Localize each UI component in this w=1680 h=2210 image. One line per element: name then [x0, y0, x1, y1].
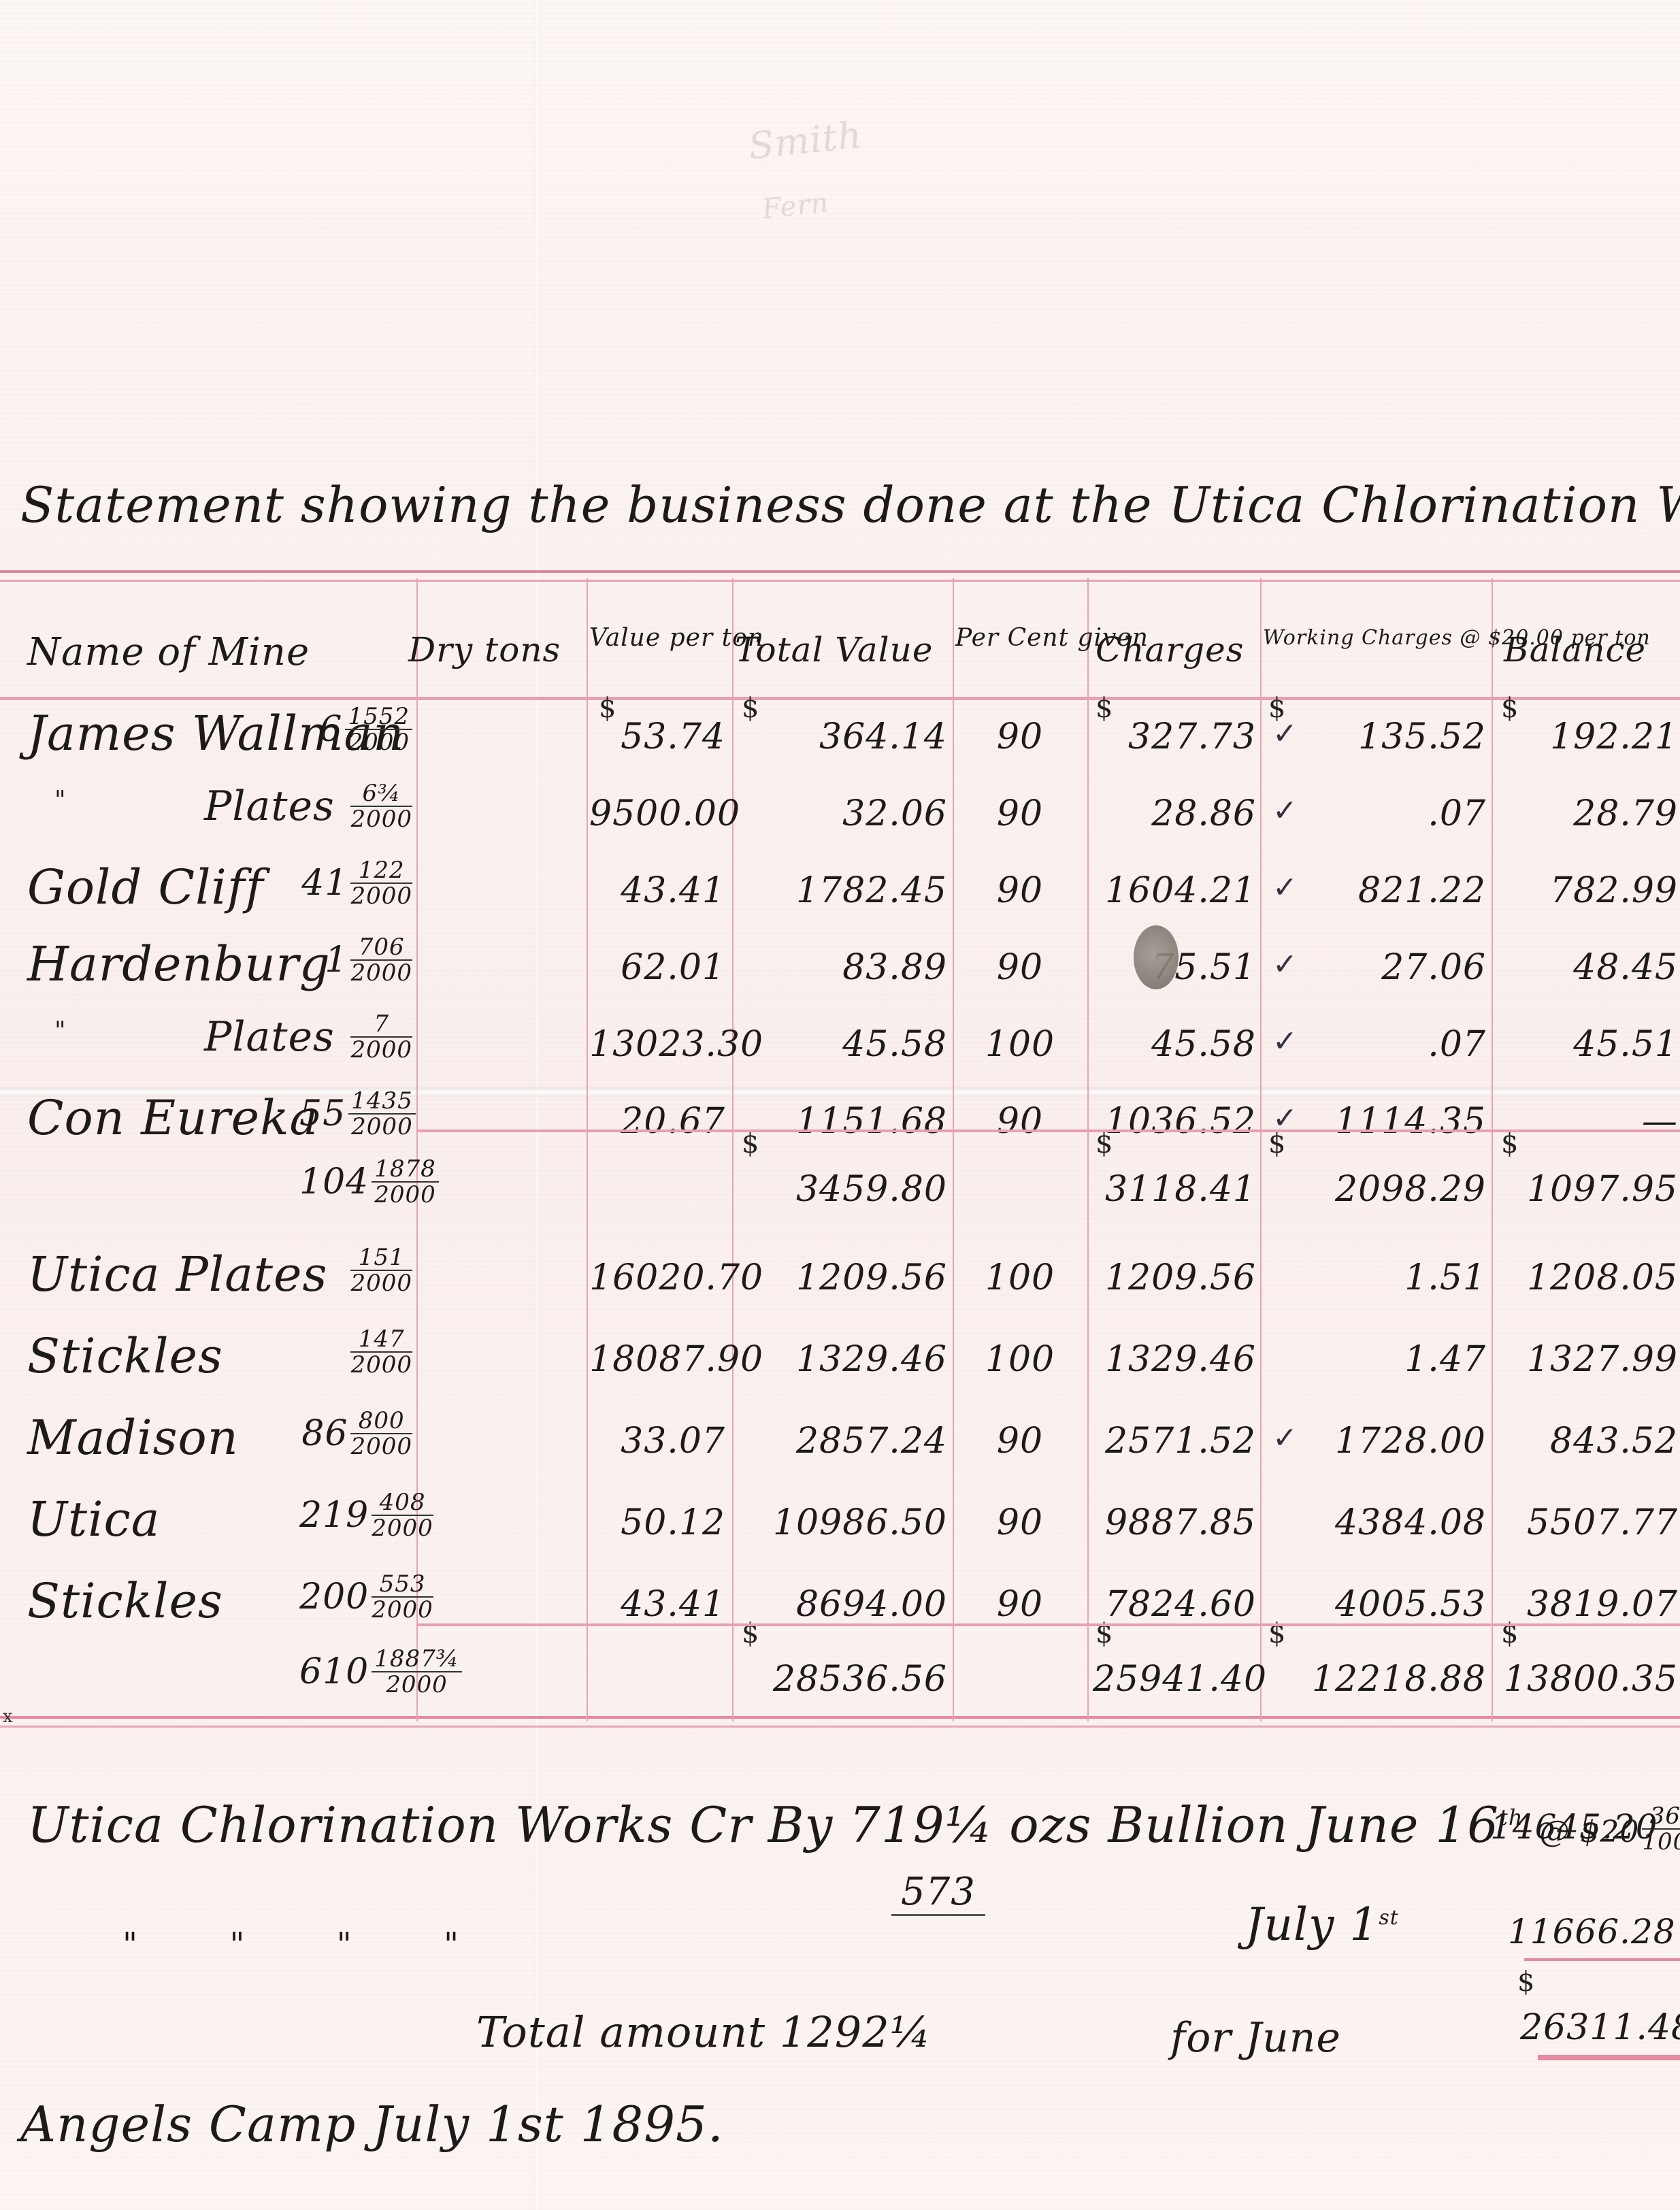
- dry-tons-value: 6101887¾2000: [299, 1647, 412, 1697]
- check-mark-icon: ✓: [1272, 1421, 1298, 1455]
- total-value: 1151.68: [743, 1101, 947, 1142]
- header-per-cent-given: Per Cent given: [955, 625, 1085, 652]
- working-charges: 1.51: [1309, 1257, 1486, 1298]
- total-value: 364.14: [743, 716, 947, 757]
- grand-total-rule: [416, 1623, 1680, 1626]
- working-charges: 1114.35: [1309, 1101, 1486, 1142]
- ledger-table: Name of Mine Dry tons Value per ton Tota…: [0, 570, 1680, 1727]
- total-value: 1782.45: [743, 870, 947, 911]
- value-per-ton: 13023.30: [589, 1024, 725, 1065]
- charges: 1604.21: [1093, 870, 1256, 911]
- dollar-mark: $: [1096, 1618, 1113, 1649]
- bullion-oz-2: 573: [891, 1870, 985, 1916]
- value-per-ton: 18087.90: [589, 1339, 725, 1380]
- subtotal-working-charges: 2098.29: [1309, 1169, 1486, 1210]
- per-cent-given: 90: [959, 716, 1081, 757]
- ditto-marks: " " " ": [122, 1926, 499, 1964]
- balance: 48.45: [1501, 947, 1678, 988]
- header-value-per-ton: Value per ton: [589, 625, 729, 652]
- value-per-ton: 43.41: [589, 870, 725, 911]
- working-charges: 1.47: [1309, 1339, 1486, 1380]
- balance: 1208.05: [1501, 1257, 1678, 1298]
- value-per-ton: 50.12: [589, 1502, 725, 1543]
- charges: 2571.52: [1093, 1421, 1256, 1462]
- balance: 843.52: [1501, 1421, 1678, 1462]
- total-amount-label: Total amount 1292¼: [476, 2007, 932, 2057]
- mine-name: Madison: [27, 1410, 239, 1466]
- grand-total-balance: 13800.35: [1501, 1659, 1678, 1700]
- balance: 5507.77: [1501, 1502, 1678, 1543]
- working-charges: 821.22: [1309, 870, 1486, 911]
- column-divider: [732, 578, 734, 1721]
- charges: 9887.85: [1093, 1502, 1256, 1543]
- column-divider: [416, 578, 418, 1721]
- balance: 45.51: [1501, 1024, 1678, 1065]
- working-charges: .07: [1309, 1024, 1486, 1065]
- check-mark-icon: ✓: [1272, 1024, 1298, 1059]
- bullion-amount-2: 11666.28: [1508, 1912, 1676, 1951]
- for-june-label: for June: [1170, 2014, 1341, 2062]
- subtotal-rule: [416, 1129, 1680, 1132]
- dollar-mark: $: [1501, 1618, 1518, 1649]
- mine-name: Con Eureka: [27, 1090, 318, 1146]
- ledger-header-rule: [0, 697, 1680, 700]
- charges: 327.73: [1093, 716, 1256, 757]
- working-charges: 135.52: [1309, 716, 1486, 757]
- dry-tons-value: 868002000: [299, 1408, 412, 1459]
- mine-name: Stickles: [27, 1328, 223, 1384]
- margin-x-mark: x: [3, 1706, 13, 1727]
- dollar-mark: $: [742, 1128, 759, 1159]
- charges: 1209.56: [1093, 1257, 1256, 1298]
- ink-stain: [1134, 925, 1179, 989]
- subtotal-charges: 3118.41: [1093, 1169, 1256, 1210]
- document-title: Statement showing the business done at t…: [20, 476, 1680, 533]
- working-charges: 1728.00: [1309, 1421, 1486, 1462]
- bullion-amount-1: 14645.20: [1490, 1807, 1658, 1847]
- mine-name: Utica: [27, 1491, 160, 1547]
- ditto-mark: ": [54, 787, 67, 814]
- check-mark-icon: ✓: [1272, 793, 1298, 828]
- value-per-ton: 43.41: [589, 1584, 725, 1625]
- working-charges: 4384.08: [1309, 1502, 1486, 1543]
- value-per-ton: 53.74: [589, 716, 725, 757]
- dollar-mark: $: [1268, 1618, 1285, 1649]
- charges: 1036.52: [1093, 1101, 1256, 1142]
- value-per-ton: 9500.00: [589, 793, 725, 834]
- mine-name: Hardenburg: [27, 936, 331, 992]
- total-value: 32.06: [743, 793, 947, 834]
- charges: 45.58: [1093, 1024, 1256, 1065]
- check-mark-icon: ✓: [1272, 947, 1298, 982]
- per-cent-given: 90: [959, 1584, 1081, 1625]
- dry-tons-value: 411222000: [299, 858, 412, 908]
- check-mark-icon: ✓: [1272, 870, 1298, 905]
- dry-tons-value: 17062000: [299, 935, 412, 985]
- dry-tons-value: 72000: [299, 1012, 412, 1062]
- total-double-underline: [1538, 2055, 1680, 2060]
- mine-name: Gold Cliff: [27, 859, 264, 915]
- total-value: 8694.00: [743, 1584, 947, 1625]
- value-per-ton: 20.67: [589, 1101, 725, 1142]
- total-value: 83.89: [743, 947, 947, 988]
- check-mark-icon: ✓: [1272, 716, 1298, 751]
- per-cent-given: 90: [959, 1502, 1081, 1543]
- ledger-bottom-rule: [0, 1716, 1680, 1728]
- dry-tons-value: 1472000: [299, 1327, 412, 1377]
- bullion-credit-line-1: Utica Chlorination Works Cr By 719¼ ozs …: [27, 1796, 1680, 1854]
- grand-total-working-charges: 12218.88: [1309, 1659, 1486, 1700]
- column-divider: [587, 578, 588, 1721]
- per-cent-given: 100: [959, 1257, 1081, 1298]
- dollar-mark: $: [1517, 1966, 1534, 1998]
- dry-tons-value: 2194082000: [299, 1490, 412, 1540]
- header-name-of-mine: Name of Mine: [27, 630, 310, 674]
- dry-tons-value: 615522000: [299, 704, 412, 755]
- header-balance: Balance: [1504, 630, 1646, 670]
- place-and-date: Angels Camp July 1st 1895.: [20, 2096, 724, 2153]
- value-per-ton: 62.01: [589, 947, 725, 988]
- mine-name: Utica Plates: [27, 1247, 327, 1302]
- working-charges: .07: [1309, 793, 1486, 834]
- total-amount-value: 26311.48: [1520, 2007, 1680, 2048]
- header-working-charges: Working Charges @ $20.00 per ton: [1263, 625, 1489, 652]
- subtotal-total-value: 3459.80: [743, 1169, 947, 1210]
- total-value: 2857.24: [743, 1421, 947, 1462]
- working-charges: 4005.53: [1309, 1584, 1486, 1625]
- per-cent-given: 100: [959, 1339, 1081, 1380]
- mine-name: Stickles: [27, 1573, 223, 1629]
- balance: 1327.99: [1501, 1339, 1678, 1380]
- dry-tons-value: 1512000: [299, 1245, 412, 1296]
- balance: 192.21: [1501, 716, 1678, 757]
- column-divider: [1087, 578, 1089, 1721]
- per-cent-given: 90: [959, 947, 1081, 988]
- column-divider: [1492, 578, 1493, 1721]
- dry-tons-value: 2005532000: [299, 1572, 412, 1622]
- amount-underline: [1524, 1958, 1680, 1961]
- total-value: 1329.46: [743, 1339, 947, 1380]
- charges: 1329.46: [1093, 1339, 1256, 1380]
- header-charges: Charges: [1096, 630, 1244, 670]
- per-cent-given: 90: [959, 1101, 1081, 1142]
- dollar-mark: $: [742, 1618, 759, 1649]
- total-value: 1209.56: [743, 1257, 947, 1298]
- per-cent-given: 90: [959, 870, 1081, 911]
- header-dry-tons: Dry tons: [408, 630, 561, 670]
- value-per-ton: 33.07: [589, 1421, 725, 1462]
- dry-tons-value: 5514352000: [299, 1089, 412, 1139]
- total-value: 45.58: [743, 1024, 947, 1065]
- grand-total-value: 28536.56: [743, 1659, 947, 1700]
- subtotal-balance: 1097.95: [1501, 1169, 1678, 1210]
- balance: —: [1501, 1101, 1678, 1142]
- working-charges: 27.06: [1309, 947, 1486, 988]
- per-cent-given: 100: [959, 1024, 1081, 1065]
- dollar-mark: $: [1096, 1128, 1113, 1159]
- total-value: 10986.50: [743, 1502, 947, 1543]
- column-divider: [953, 578, 954, 1721]
- per-cent-given: 90: [959, 1421, 1081, 1462]
- value-per-ton: 16020.70: [589, 1257, 725, 1298]
- charges: 28.86: [1093, 793, 1256, 834]
- dry-tons-value: 6¾2000: [299, 781, 412, 831]
- dry-tons-value: 10418782000: [299, 1157, 412, 1207]
- balance: 28.79: [1501, 793, 1678, 834]
- ditto-mark: ": [54, 1017, 67, 1045]
- per-cent-given: 90: [959, 793, 1081, 834]
- charges: 7824.60: [1093, 1584, 1256, 1625]
- grand-total-charges: 25941.40: [1093, 1659, 1256, 1700]
- dollar-mark: $: [1268, 1128, 1285, 1159]
- ledger-top-rule: [0, 570, 1680, 582]
- column-divider: [1260, 578, 1262, 1721]
- bullion-line-1-text: Utica Chlorination Works Cr By 719¼ ozs …: [27, 1796, 1499, 1853]
- dollar-mark: $: [1501, 1128, 1518, 1159]
- balance: 3819.07: [1501, 1584, 1678, 1625]
- header-total-value: Total Value: [735, 630, 933, 670]
- bullion-date-2: July 1st: [1245, 1898, 1399, 1951]
- balance: 782.99: [1501, 870, 1678, 911]
